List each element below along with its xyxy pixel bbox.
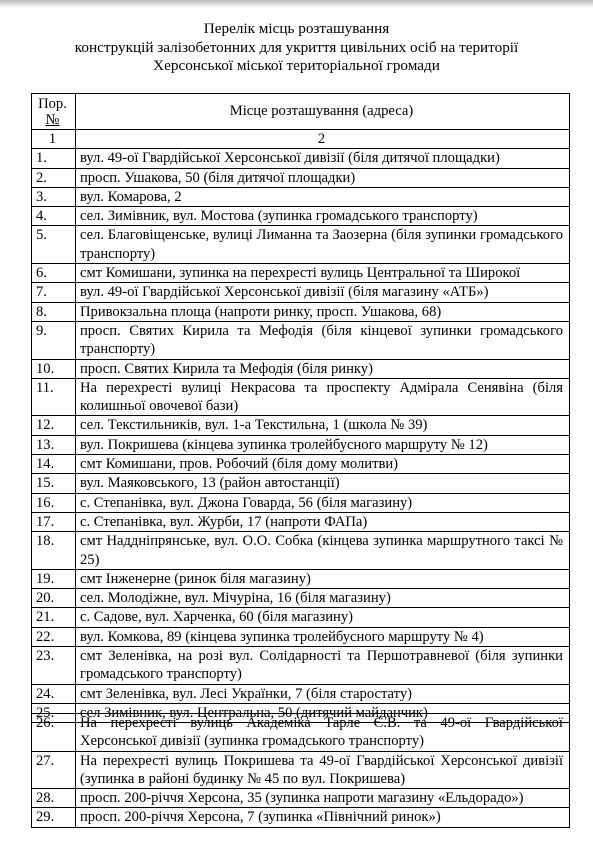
table-row: 21.с. Садове, вул. Харченка, 60 (біля ма…: [32, 608, 570, 627]
locations-table-part-1: Пор. № Місце розташування (адреса) 1 2 1…: [31, 93, 570, 723]
table-row: 22.вул. Комкова, 89 (кінцева зупинка тро…: [32, 627, 570, 646]
table-row: 14.смт Комишани, пров. Робочий (біля дом…: [32, 455, 570, 474]
row-address: смт Комишани, зупинка на перехресті вули…: [76, 264, 570, 283]
row-address: На перехресті вулиць Академіка Тарле Є.В…: [76, 714, 570, 752]
row-number: 5.: [32, 226, 76, 264]
row-number: 28.: [32, 789, 76, 808]
row-number: 11.: [32, 378, 76, 416]
table-row: 11.На перехресті вулиці Некрасова та про…: [32, 378, 570, 416]
table-row: 29.просп. 200-річчя Херсона, 7 (зупинка …: [32, 808, 570, 827]
row-number: 14.: [32, 455, 76, 474]
viewer-top-shadow: [0, 0, 593, 8]
title-line-2: конструкцій залізобетонних для укриття ц…: [0, 39, 593, 58]
row-number: 1.: [32, 149, 76, 168]
table-row: 8.Привокзальна площа (напроти ринку, про…: [32, 302, 570, 321]
row-number: 6.: [32, 264, 76, 283]
header-number-label: Пор.: [36, 96, 69, 112]
table-row: 5.сел. Благовіщенське, вулиці Лиманна та…: [32, 226, 570, 264]
row-address: сел. Зимівник, вул. Мостова (зупинка гро…: [76, 207, 570, 226]
row-address: вул. 49-ої Гвардійської Херсонської диві…: [76, 149, 570, 168]
row-address: сел. Благовіщенське, вулиці Лиманна та З…: [76, 226, 570, 264]
title-line-3: Херсонської міської територіальної грома…: [0, 57, 593, 76]
row-address: смт Комишани, пров. Робочий (біля дому м…: [76, 455, 570, 474]
row-number: 12.: [32, 416, 76, 435]
row-number: 27.: [32, 751, 76, 789]
column-number-2: 2: [76, 130, 570, 149]
table-row: 17.с. Степанівка, вул. Журби, 17 (напрот…: [32, 512, 570, 531]
locations-table-part-2: 26.На перехресті вулиць Академіка Тарле …: [31, 713, 570, 828]
row-number: 16.: [32, 493, 76, 512]
row-number: 24.: [32, 684, 76, 703]
table-row: 15.вул. Маяковського, 13 (район автостан…: [32, 474, 570, 493]
row-address: вул. Покришева (кінцева зупинка тролейбу…: [76, 435, 570, 454]
row-number: 22.: [32, 627, 76, 646]
row-address: На перехресті вулиць Покришева та 49-ої …: [76, 751, 570, 789]
table-row: 26.На перехресті вулиць Академіка Тарле …: [32, 714, 570, 752]
row-number: 10.: [32, 359, 76, 378]
table-row: 27.На перехресті вулиць Покришева та 49-…: [32, 751, 570, 789]
row-number: 9.: [32, 321, 76, 359]
row-address: с. Садове, вул. Харченка, 60 (біля магаз…: [76, 608, 570, 627]
table-row: 28.просп. 200-річчя Херсона, 35 (зупинка…: [32, 789, 570, 808]
row-number: 7.: [32, 283, 76, 302]
row-number: 23.: [32, 647, 76, 685]
table-header-row: Пор. № Місце розташування (адреса): [32, 94, 570, 130]
row-address: смт Наддніпрянське, вул. О.О. Собка (кін…: [76, 532, 570, 570]
row-address: просп. 200-річчя Херсона, 7 (зупинка «Пі…: [76, 808, 570, 827]
row-address: смт Зеленівка, вул. Лесі Українки, 7 (бі…: [76, 684, 570, 703]
document-title: Перелік місць розташування конструкцій з…: [0, 20, 593, 76]
row-number: 15.: [32, 474, 76, 493]
row-address: с. Степанівка, вул. Джона Говарда, 56 (б…: [76, 493, 570, 512]
table-row: 1.вул. 49-ої Гвардійської Херсонської ди…: [32, 149, 570, 168]
table-row: 24.смт Зеленівка, вул. Лесі Українки, 7 …: [32, 684, 570, 703]
header-number-sign: №: [36, 112, 69, 128]
row-address: На перехресті вулиці Некрасова та проспе…: [76, 378, 570, 416]
row-number: 4.: [32, 207, 76, 226]
row-number: 29.: [32, 808, 76, 827]
row-address: просп. 200-річчя Херсона, 35 (зупинка на…: [76, 789, 570, 808]
row-address: просп. Святих Кирила та Мефодія (біля кі…: [76, 321, 570, 359]
table-row: 18.смт Наддніпрянське, вул. О.О. Собка (…: [32, 532, 570, 570]
table-row: 4.сел. Зимівник, вул. Мостова (зупинка г…: [32, 207, 570, 226]
row-number: 8.: [32, 302, 76, 321]
column-number-1: 1: [32, 130, 76, 149]
table-row: 9.просп. Святих Кирила та Мефодія (біля …: [32, 321, 570, 359]
row-number: 26.: [32, 714, 76, 752]
table-row: 19.смт Інженерне (ринок біля магазину): [32, 569, 570, 588]
row-address: смт Інженерне (ринок біля магазину): [76, 569, 570, 588]
row-address: сел. Молодіжне, вул. Мічуріна, 16 (біля …: [76, 589, 570, 608]
table-row: 12.сел. Текстильників, вул. 1-а Текстиль…: [32, 416, 570, 435]
row-number: 2.: [32, 168, 76, 187]
table-row: 7.вул. 49-ої Гвардійської Херсонської ди…: [32, 283, 570, 302]
title-line-1: Перелік місць розташування: [0, 20, 593, 39]
row-number: 20.: [32, 589, 76, 608]
row-address: с. Степанівка, вул. Журби, 17 (напроти Ф…: [76, 512, 570, 531]
table-row: 10.просп. Святих Кирила та Мефодія (біля…: [32, 359, 570, 378]
row-address: вул. Комарова, 2: [76, 187, 570, 206]
table-row: 6.смт Комишани, зупинка на перехресті ву…: [32, 264, 570, 283]
row-address: вул. Комкова, 89 (кінцева зупинка тролей…: [76, 627, 570, 646]
header-address-cell: Місце розташування (адреса): [76, 94, 570, 130]
row-address: вул. Маяковського, 13 (район автостанції…: [76, 474, 570, 493]
table-row: 23.смт Зеленівка, на розі вул. Солідарно…: [32, 647, 570, 685]
row-address: просп. Святих Кирила та Мефодія (біля ри…: [76, 359, 570, 378]
row-address: смт Зеленівка, на розі вул. Солідарності…: [76, 647, 570, 685]
table-row: 20.сел. Молодіжне, вул. Мічуріна, 16 (бі…: [32, 589, 570, 608]
row-address: просп. Ушакова, 50 (біля дитячої площадк…: [76, 168, 570, 187]
row-number: 21.: [32, 608, 76, 627]
row-address: вул. 49-ої Гвардійської Херсонської диві…: [76, 283, 570, 302]
row-number: 18.: [32, 532, 76, 570]
table-row: 3.вул. Комарова, 2: [32, 187, 570, 206]
row-number: 17.: [32, 512, 76, 531]
row-address: Привокзальна площа (напроти ринку, просп…: [76, 302, 570, 321]
table-row: 16.с. Степанівка, вул. Джона Говарда, 56…: [32, 493, 570, 512]
header-number-cell: Пор. №: [32, 94, 76, 130]
table-row: 2.просп. Ушакова, 50 (біля дитячої площа…: [32, 168, 570, 187]
column-number-row: 1 2: [32, 130, 570, 149]
row-number: 3.: [32, 187, 76, 206]
row-number: 19.: [32, 569, 76, 588]
table-row: 13.вул. Покришева (кінцева зупинка троле…: [32, 435, 570, 454]
row-address: сел. Текстильників, вул. 1-а Текстильна,…: [76, 416, 570, 435]
row-number: 13.: [32, 435, 76, 454]
